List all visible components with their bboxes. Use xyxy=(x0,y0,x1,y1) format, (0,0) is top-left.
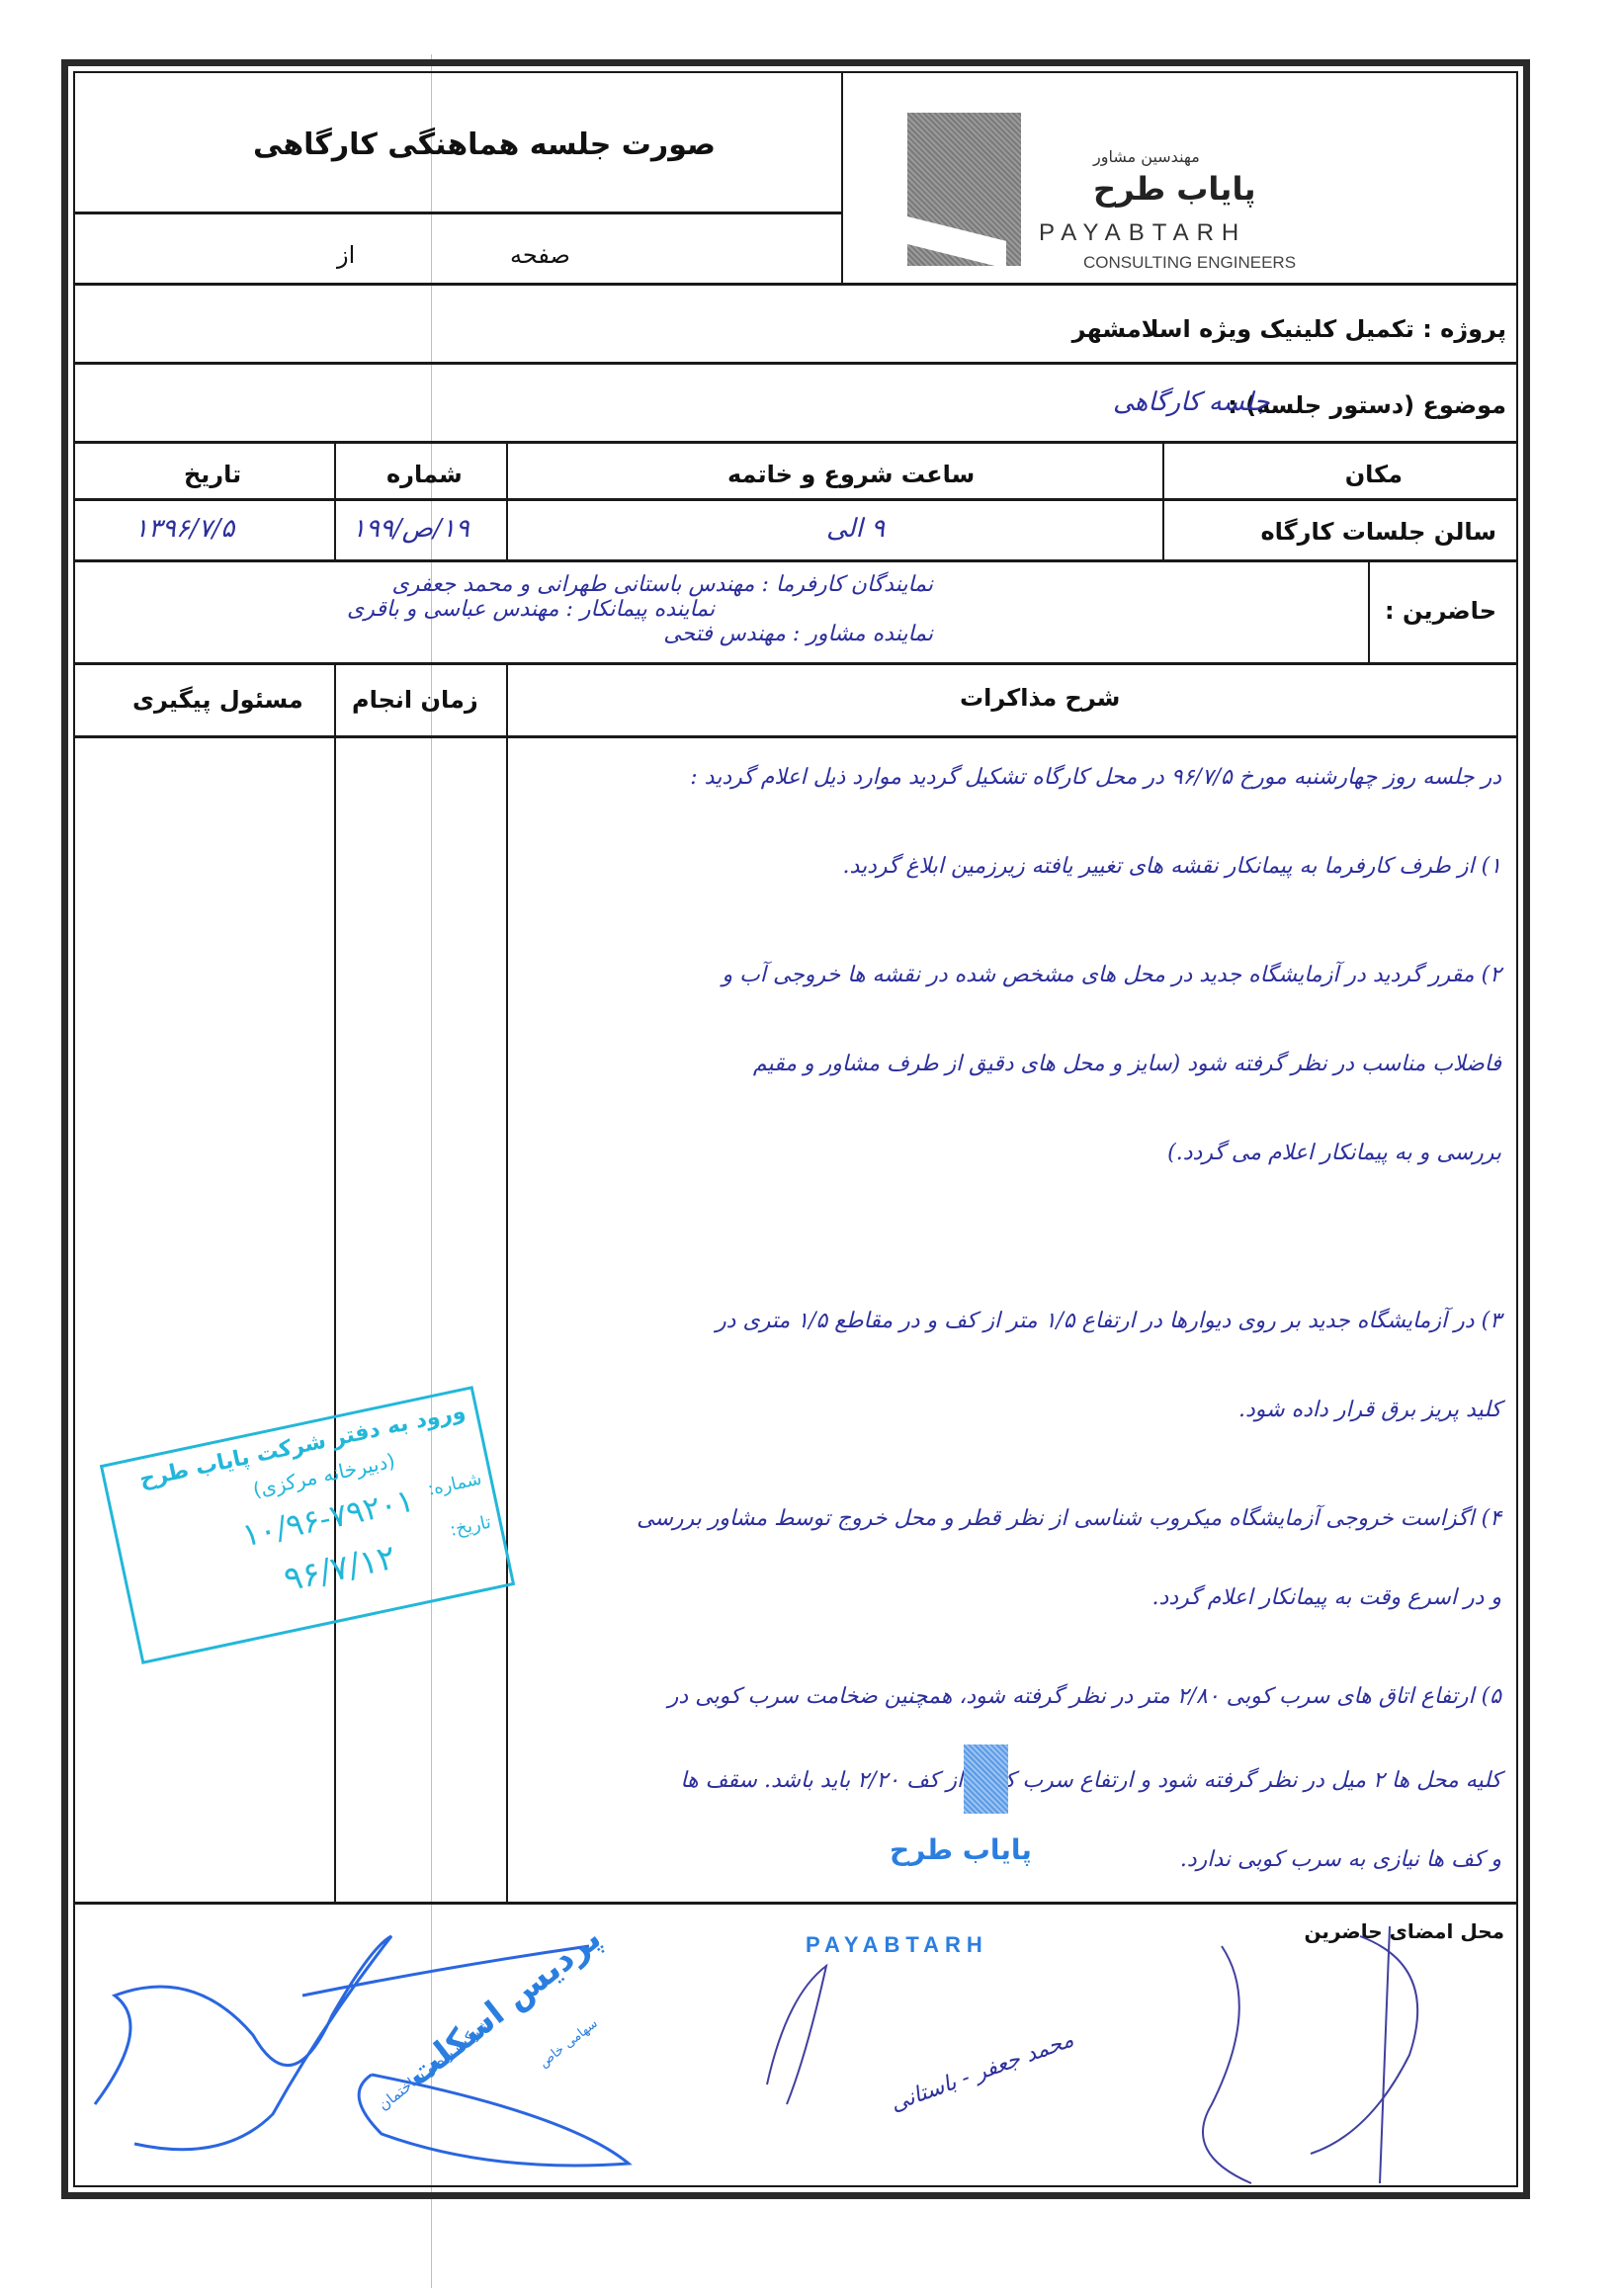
header-discussion: شرح مذاکرات xyxy=(960,684,1120,712)
company-en-subtitle: CONSULTING ENGINEERS xyxy=(1083,253,1296,273)
date-value: ۱۳۹۶/۷/۵ xyxy=(134,514,234,544)
project-value: تکمیل کلینیک ویژه اسلامشهر xyxy=(1072,315,1414,343)
consultant-stamp-en: PAYABTARH xyxy=(806,1932,988,1958)
col-divider xyxy=(334,662,336,1902)
minutes-item: و در اسرع وقت به پیمانکار اعلام گردد. xyxy=(1152,1585,1501,1610)
form-inner-border: صورت جلسه هماهنگی کارگاهی صفحه از مهندسی… xyxy=(73,71,1518,2187)
header-time: ساعت شروع و خاتمه xyxy=(727,461,975,488)
stamp-number-label: شماره: xyxy=(426,1469,483,1500)
minutes-item: فاضلاب مناسب در نظر گرفته شود (سایز و مح… xyxy=(753,1052,1501,1076)
location-value: سالن جلسات کارگاه xyxy=(1261,518,1497,546)
of-label: از xyxy=(337,241,355,269)
time-value: ۹ الی xyxy=(826,514,885,544)
header-due: زمان انجام xyxy=(352,686,478,714)
number-value: ۱۹/ص/۱۹۹ xyxy=(352,514,469,544)
consultant-stamp-name: پایاب طرح xyxy=(890,1833,1032,1866)
company-fa-subtitle: مهندسین مشاور xyxy=(1093,147,1200,166)
row-divider xyxy=(75,498,1516,501)
attendee-employer: نمایندگان کارفرما : مهندس باستانی طهرانی… xyxy=(392,572,933,597)
page-label: صفحه xyxy=(510,241,570,269)
header-number: شماره xyxy=(386,461,463,488)
subject-value: جلسه کارگاهی xyxy=(1113,387,1270,417)
header-date: تاریخ xyxy=(184,461,241,488)
page-title: صورت جلسه هماهنگی کارگاهی xyxy=(253,128,716,162)
header-location: مکان xyxy=(1345,461,1403,488)
row-divider xyxy=(75,283,1516,286)
stamp-date-value: ۹۶/۷/۱۲ xyxy=(281,1538,399,1600)
row-divider xyxy=(75,1902,1516,1905)
form-frame: صورت جلسه هماهنگی کارگاهی صفحه از مهندسی… xyxy=(61,59,1530,2199)
signatures-icon xyxy=(75,1907,1528,2203)
minutes-item: ۵) ارتفاع اتاق های سرب کوبی ۲/۸۰ متر در … xyxy=(668,1684,1501,1709)
attendee-contractor: نماینده پیمانکار : مهندس عباسی و باقری xyxy=(347,597,715,622)
company-en-name: PAYABTARH xyxy=(1039,219,1246,247)
project-label: پروژه : xyxy=(1422,315,1506,343)
col-divider xyxy=(506,662,508,1902)
project-field: پروژه : تکمیل کلینیک ویژه اسلامشهر xyxy=(1072,315,1506,343)
row-divider xyxy=(75,441,1516,444)
consultant-stamp-logo-icon xyxy=(964,1744,1008,1814)
company-fa-name: پایاب طرح xyxy=(1093,170,1255,208)
minutes-item: و کف ها نیازی به سرب کوبی ندارد. xyxy=(1180,1847,1501,1872)
row-divider xyxy=(75,362,1516,365)
company-logo-icon xyxy=(907,113,1021,266)
minutes-item: ۱) از طرف کارفرما به پیمانکار نقشه های ت… xyxy=(842,854,1501,879)
header-responsible: مسئول پیگیری xyxy=(132,686,303,714)
attendees-label: حاضرین : xyxy=(1385,597,1496,625)
minutes-item: کلید پریز برق قرار داده شود. xyxy=(1238,1398,1501,1422)
minutes-item: کلیه محل ها ۲ میل در نظر گرفته شود و ارت… xyxy=(680,1768,1501,1793)
header-divider xyxy=(841,73,843,283)
attendee-consultant: نماینده مشاور : مهندس فتحی xyxy=(663,622,933,646)
minutes-intro: در جلسه روز چهارشنبه مورخ ۹۶/۷/۵ در محل … xyxy=(690,765,1501,790)
row-divider xyxy=(75,559,1516,562)
stamp-date-label: تاریخ: xyxy=(448,1512,492,1541)
minutes-item: بررسی و به پیمانکار اعلام می گردد.) xyxy=(1167,1141,1501,1165)
minutes-item: ۴) اگزاست خروجی آزمایشگاه میکروب شناسی ا… xyxy=(637,1506,1501,1531)
row-divider xyxy=(75,662,1516,665)
col-divider xyxy=(1368,559,1370,662)
row-divider xyxy=(75,735,1516,738)
title-divider xyxy=(75,212,841,214)
minutes-item: ۲) مقرر گردید در آزمایشگاه جدید در محل ه… xyxy=(723,963,1501,987)
minutes-item: ۳) در آزمایشگاه جدید بر روی دیوارها در ا… xyxy=(716,1309,1501,1333)
